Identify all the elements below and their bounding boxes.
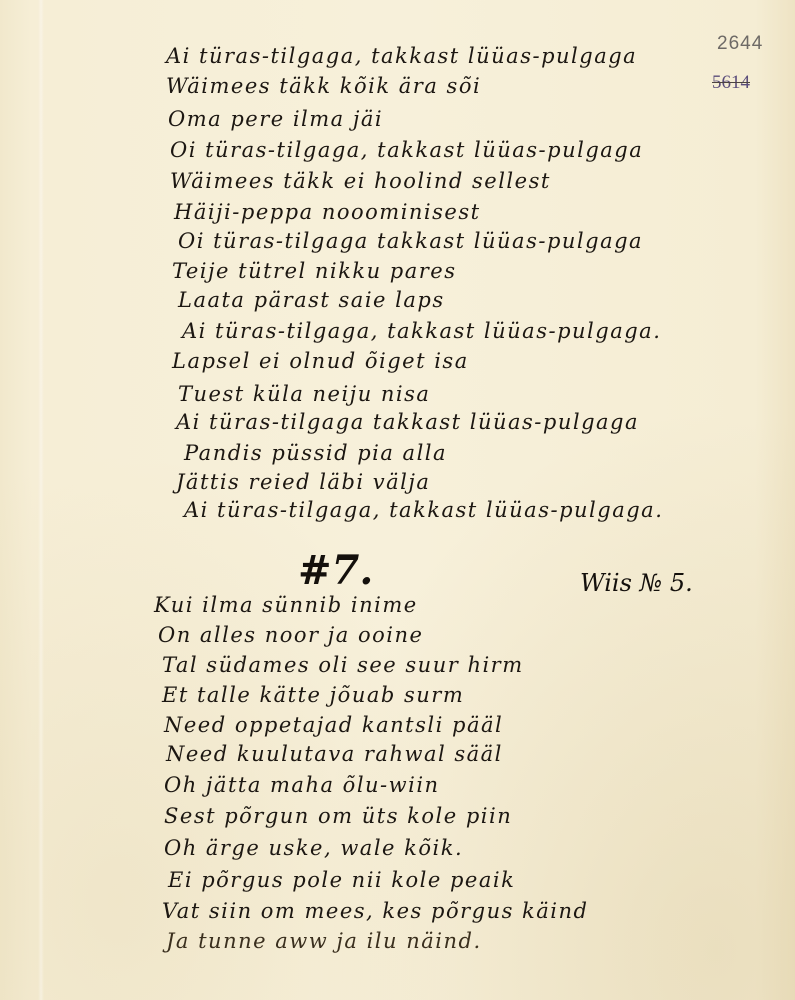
verse-line: Laata pärast saie laps <box>178 290 445 311</box>
verse-line: Ai türas-tilgaga takkast lüüas-pulgaga <box>176 412 639 433</box>
verse-line: Wäimees täkk ei hoolind sellest <box>170 171 551 192</box>
manuscript-page: 2644 5614 Ai türas-tilgaga, takkast lüüa… <box>0 0 795 1000</box>
verse-line: Lapsel ei olnud õiget isa <box>172 351 469 372</box>
verse-line: Ja tunne aww ja ilu näind. <box>166 931 482 952</box>
verse-line: Oi türas-tilgaga takkast lüüas-pulgaga <box>178 231 643 252</box>
verse-line: Oh jätta maha õlu-wiin <box>164 775 440 796</box>
verse-line: Ai türas-tilgaga, takkast lüüas-pulgaga. <box>184 500 663 521</box>
verse-line: Ei põrgus pole nii kole peaik <box>168 870 515 891</box>
verse-line: Oma pere ilma jäi <box>168 109 383 130</box>
verse-line: Vat siin om mees, kes põrgus käind <box>162 901 589 922</box>
verse-line: Tal südames oli see suur hirm <box>162 655 524 676</box>
verse-line: Jättis reied läbi välja <box>176 472 430 493</box>
verse-line: Ai türas-tilgaga, takkast lüüas-pulgaga <box>166 46 637 67</box>
verse-line: Et talle kätte jõuab surm <box>162 685 464 706</box>
verse-line: Ai türas-tilgaga, takkast lüüas-pulgaga. <box>182 321 661 342</box>
verse-line: Kui ilma sünnib inime <box>154 595 418 616</box>
verse-line: On alles noor ja ooine <box>158 625 423 646</box>
verse-line: Pandis püssid pia alla <box>184 443 447 464</box>
song-number: #7. <box>298 547 373 594</box>
verse-line: Oh ärge uske, wale kõik. <box>164 838 463 859</box>
verse-line: Need oppetajad kantsli pääl <box>164 715 503 736</box>
verse-line: Sest põrgun om üts kole piin <box>164 806 512 827</box>
verse-line: Teije tütrel nikku pares <box>172 261 457 282</box>
struck-old-number: 5614 <box>712 72 750 94</box>
verse-line: Tuest küla neiju nisa <box>178 384 430 405</box>
archive-number: 2644 <box>717 33 763 55</box>
verse-line: Häiji-peppa nooominisest <box>174 202 481 223</box>
verse-line: Oi türas-tilgaga, takkast lüüas-pulgaga <box>170 140 643 161</box>
tune-note: Wiis № 5. <box>580 569 693 597</box>
verse-line: Wäimees täkk kõik ära sõi <box>166 76 481 97</box>
verse-line: Need kuulutava rahwal sääl <box>166 744 503 765</box>
paper-fold <box>38 0 44 1000</box>
